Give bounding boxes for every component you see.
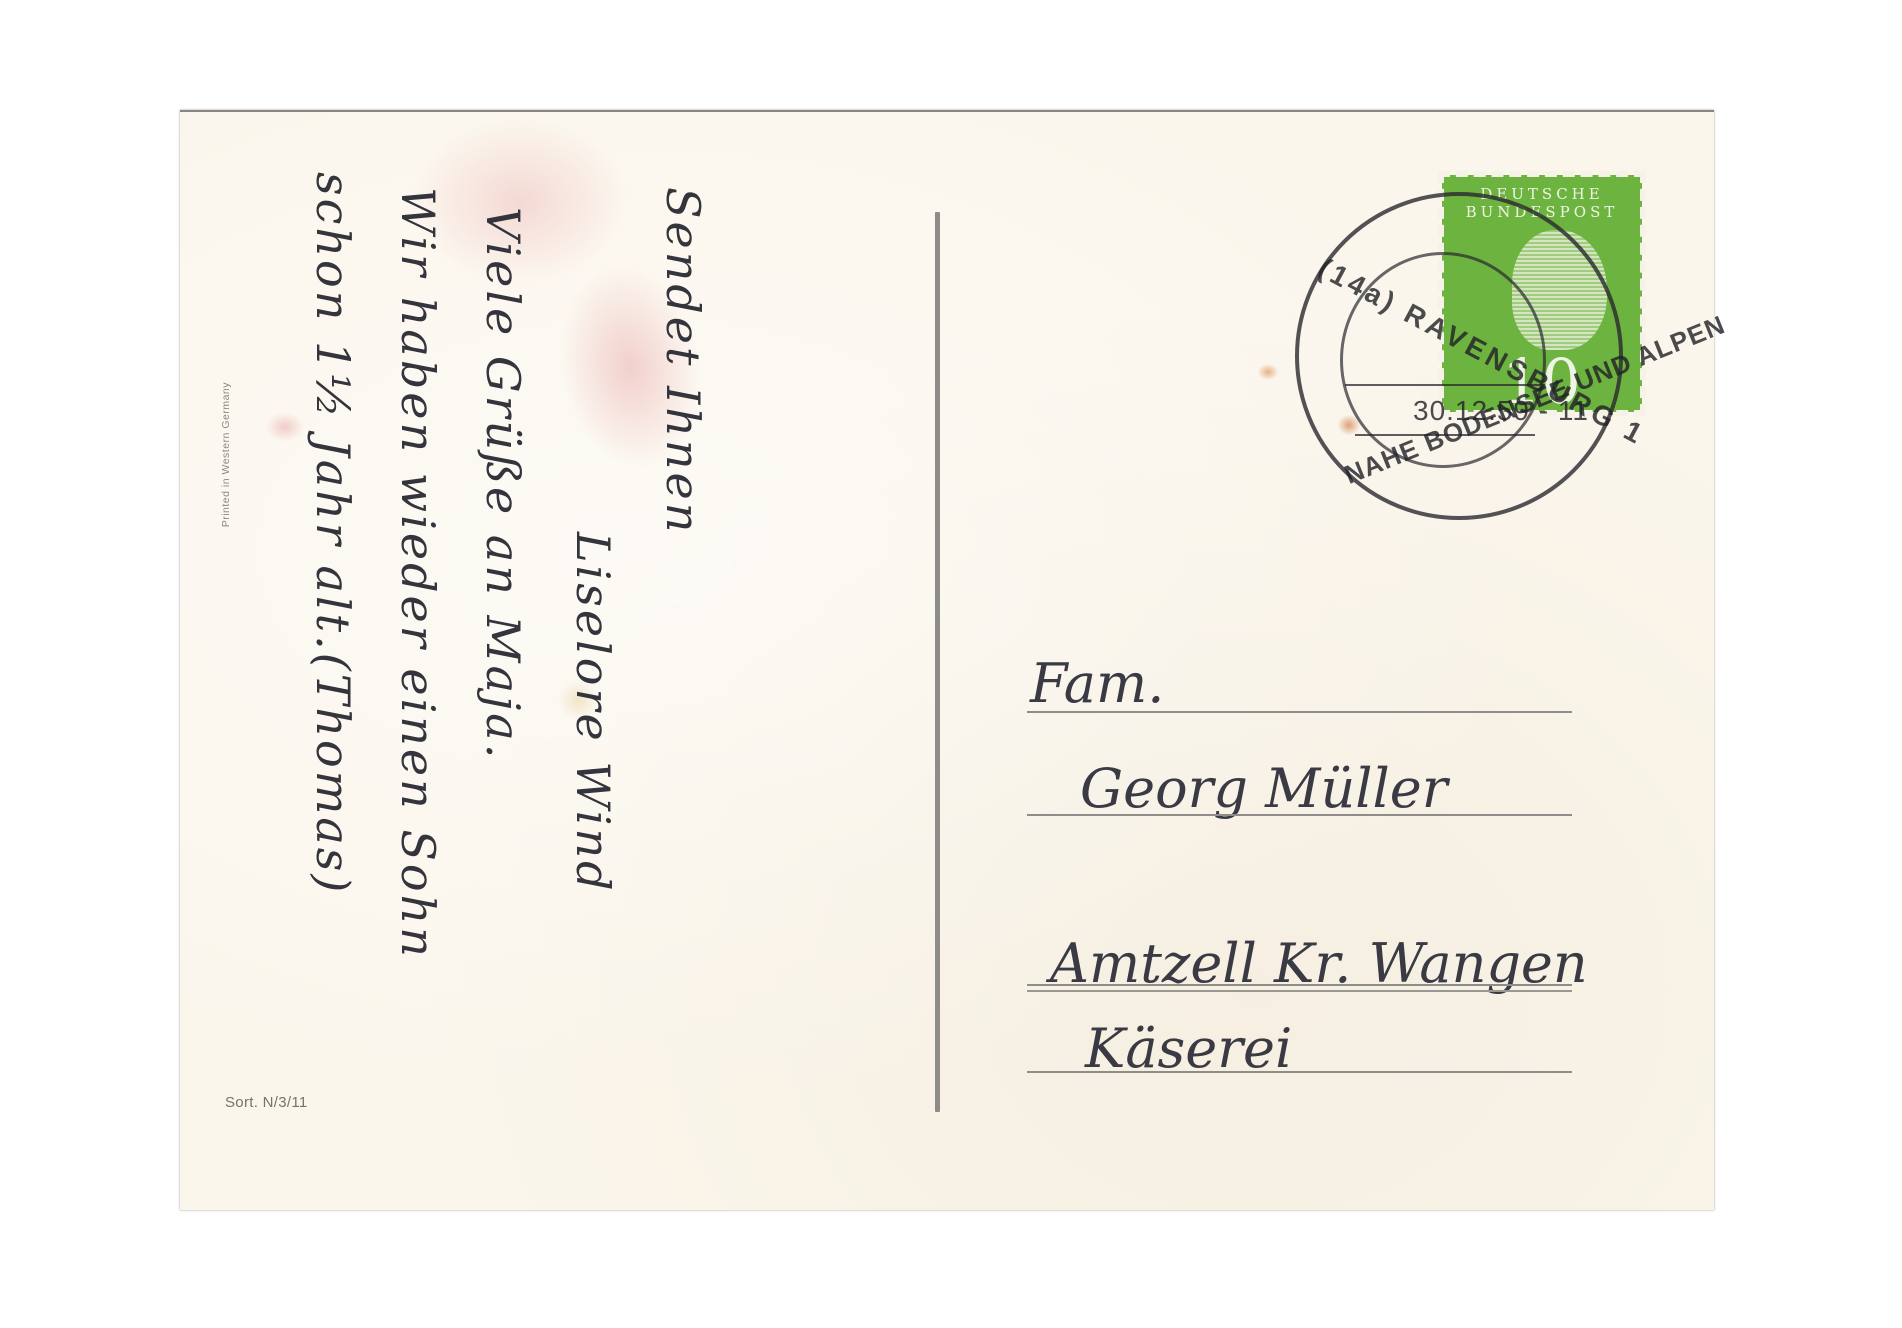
message-line: Wir haben wieder einen Sohn <box>391 187 445 960</box>
fingerprint-stain <box>265 412 305 442</box>
message-line: Sendet Ihnen <box>656 187 710 535</box>
message-signature: Liselore Wind <box>566 532 620 894</box>
address-rule <box>1027 1071 1572 1073</box>
age-spot <box>1258 364 1278 380</box>
address-rule <box>1027 711 1572 713</box>
message-line: Viele Grüße an Maja. <box>476 207 530 761</box>
postcard: Printed in Western Germany Sort. N/3/11 … <box>180 110 1714 1210</box>
address-rule <box>1027 814 1572 816</box>
address-name: Georg Müller <box>1080 757 1448 820</box>
printed-imprint: Printed in Western Germany <box>220 382 232 527</box>
address-line: Fam. <box>1030 652 1164 715</box>
vertical-divider <box>935 212 940 1112</box>
sort-code: Sort. N/3/11 <box>225 1094 308 1111</box>
address-rule <box>1027 984 1572 986</box>
message-line: schon 1½ Jahr alt.(Thomas) <box>306 172 360 895</box>
